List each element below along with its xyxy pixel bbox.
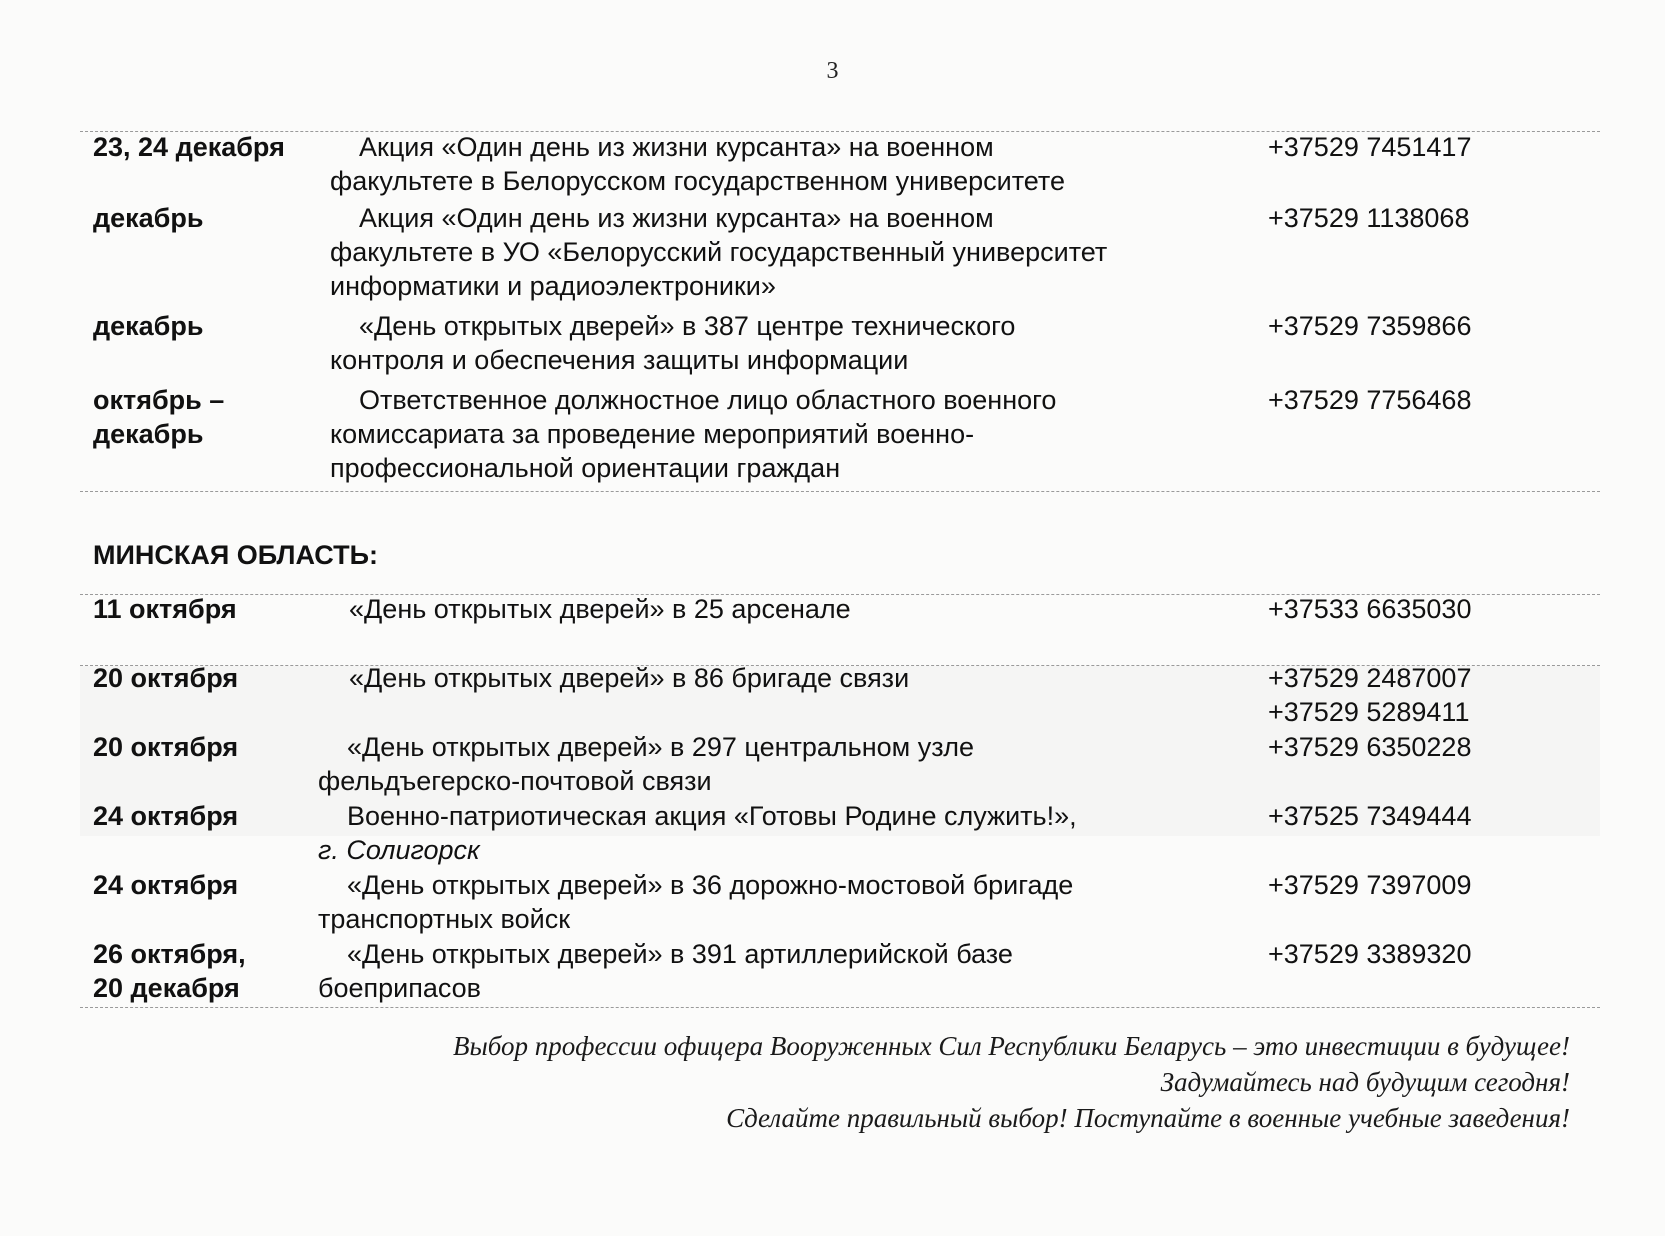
- contact-phones: +37529 6350228: [1268, 730, 1568, 764]
- event-date: 24 октября: [93, 868, 323, 902]
- contact-phones: +37529 7359866: [1268, 309, 1568, 343]
- event-date: декабрь: [93, 309, 323, 343]
- event-description: «День открытых дверей» в 36 дорожно-мост…: [318, 868, 1218, 936]
- event-description: «День открытых дверей» в 86 бригаде связ…: [330, 661, 1230, 695]
- event-description: «День открытых дверей» в 25 арсенале: [330, 592, 1230, 626]
- contact-phones: +37529 7397009: [1268, 868, 1568, 902]
- event-description: Военно-патриотическая акция «Готовы Роди…: [318, 799, 1218, 867]
- section-title-minsk-region: МИНСКАЯ ОБЛАСТЬ:: [93, 540, 378, 571]
- event-date: 23, 24 декабря: [93, 130, 323, 164]
- slogan-line: Сделайте правильный выбор! Поступайте в …: [200, 1100, 1570, 1136]
- page-number: 3: [0, 58, 1665, 85]
- slogan-line: Выбор профессии офицера Вооруженных Сил …: [200, 1028, 1570, 1064]
- event-description: Акция «Один день из жизни курсанта» на в…: [330, 130, 1230, 198]
- event-description: Ответственное должностное лицо областног…: [330, 383, 1230, 485]
- contact-phones: +37525 7349444: [1268, 799, 1568, 833]
- contact-phones: +37529 2487007 +37529 5289411: [1268, 661, 1568, 729]
- event-date: 11 октября: [93, 592, 323, 626]
- contact-phones: +37529 1138068: [1268, 201, 1568, 235]
- event-date: 26 октября, 20 декабря: [93, 937, 323, 1005]
- event-description: Акция «Один день из жизни курсанта» на в…: [330, 201, 1230, 303]
- event-date: 20 октября: [93, 661, 323, 695]
- event-description: «День открытых дверей» в 387 центре техн…: [330, 309, 1230, 377]
- contact-phones: +37529 3389320: [1268, 937, 1568, 971]
- table-bottom-rule: [80, 491, 1600, 492]
- event-date: декабрь: [93, 201, 323, 235]
- minsk-table-bottom-rule: [80, 1007, 1600, 1008]
- footer-slogans: Выбор профессии офицера Вооруженных Сил …: [200, 1028, 1570, 1136]
- event-description: «День открытых дверей» в 297 центральном…: [318, 730, 1218, 798]
- event-description: «День открытых дверей» в 391 артиллерийс…: [318, 937, 1218, 1005]
- event-date: 20 октября: [93, 730, 323, 764]
- event-date: октябрь – декабрь: [93, 383, 323, 451]
- slogan-line: Задумайтесь над будущим сегодня!: [200, 1064, 1570, 1100]
- event-date: 24 октября: [93, 799, 323, 833]
- event-location: г. Солигорск: [318, 833, 1218, 867]
- contact-phones: +37533 6635030: [1268, 592, 1568, 626]
- contact-phones: +37529 7756468: [1268, 383, 1568, 417]
- contact-phones: +37529 7451417: [1268, 130, 1568, 164]
